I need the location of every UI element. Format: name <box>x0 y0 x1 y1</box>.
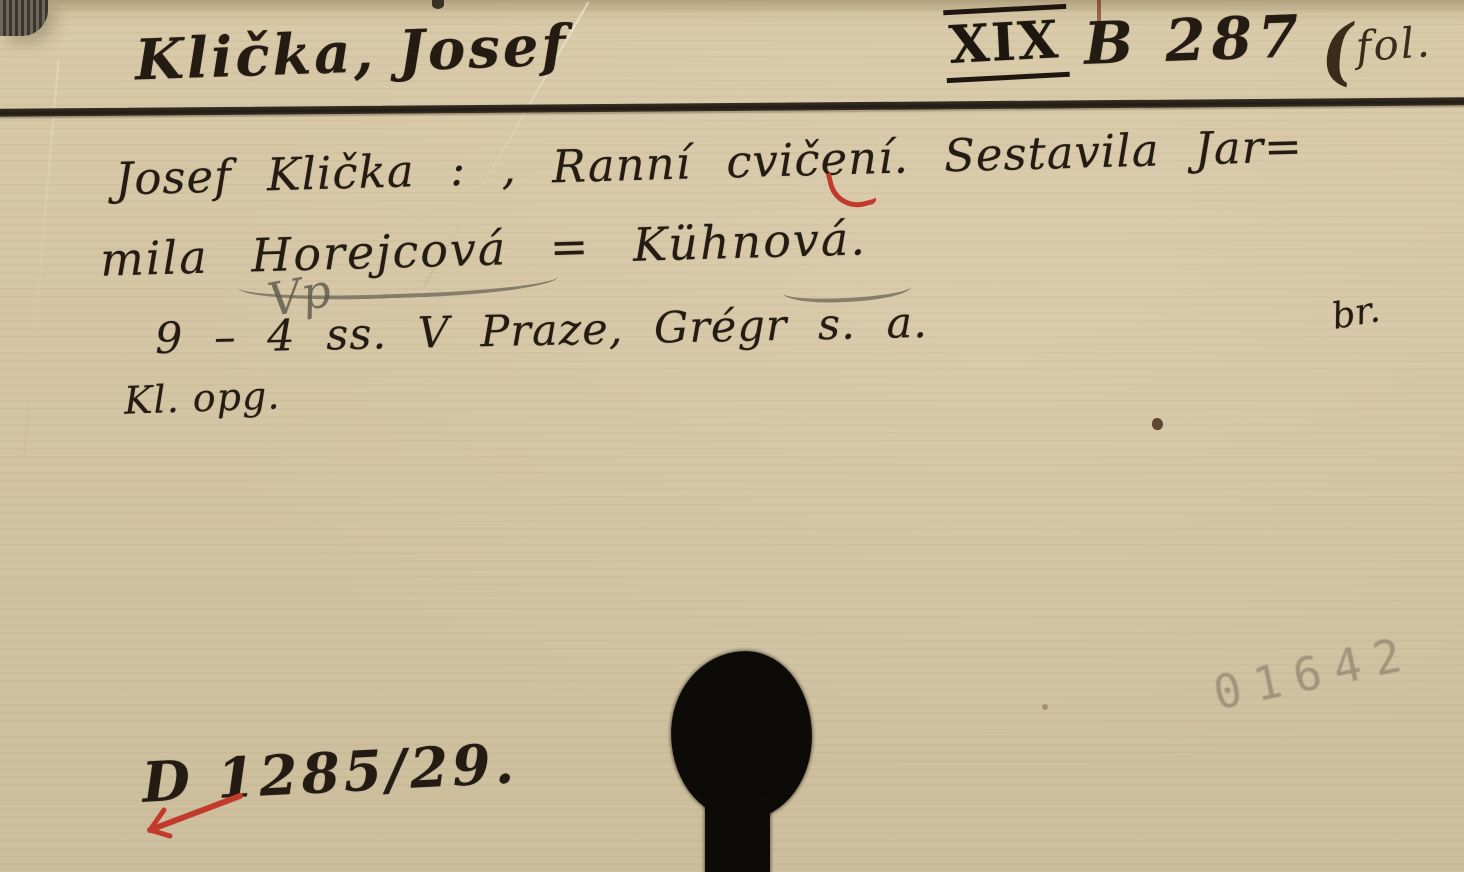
ink-blot-stem <box>705 792 770 872</box>
format-note: (fol. <box>1317 2 1434 95</box>
call-number-class: B 287 <box>1083 2 1306 78</box>
faded-stamp-number: 01642 <box>1209 625 1419 720</box>
paren-glyph: ( <box>1317 7 1359 94</box>
paper-speck <box>1042 704 1048 710</box>
call-number: XIX B 287 (fol. <box>945 6 1432 91</box>
catalog-card-scan: Klička, Josef XIX B 287 (fol. Josef Klič… <box>0 0 1464 872</box>
call-number-roman: XIX <box>943 4 1070 83</box>
paper-crease <box>23 61 60 460</box>
scan-corner-artifact <box>0 0 48 36</box>
ink-mark-top-edge <box>432 0 444 9</box>
card-heading-author: Klička, Josef <box>134 12 570 93</box>
red-check-mark <box>128 786 248 850</box>
header-rule <box>0 97 1464 117</box>
note-line: Kl. opg. <box>123 373 281 422</box>
title-line-1: Josef Klička : , Ranní cvičení. Sestavil… <box>114 119 1303 205</box>
binding-note: br. <box>1329 289 1383 338</box>
pencil-annotation: Vp <box>264 263 335 327</box>
format-note-text: fol. <box>1355 17 1434 71</box>
paper-speck <box>1152 418 1163 430</box>
